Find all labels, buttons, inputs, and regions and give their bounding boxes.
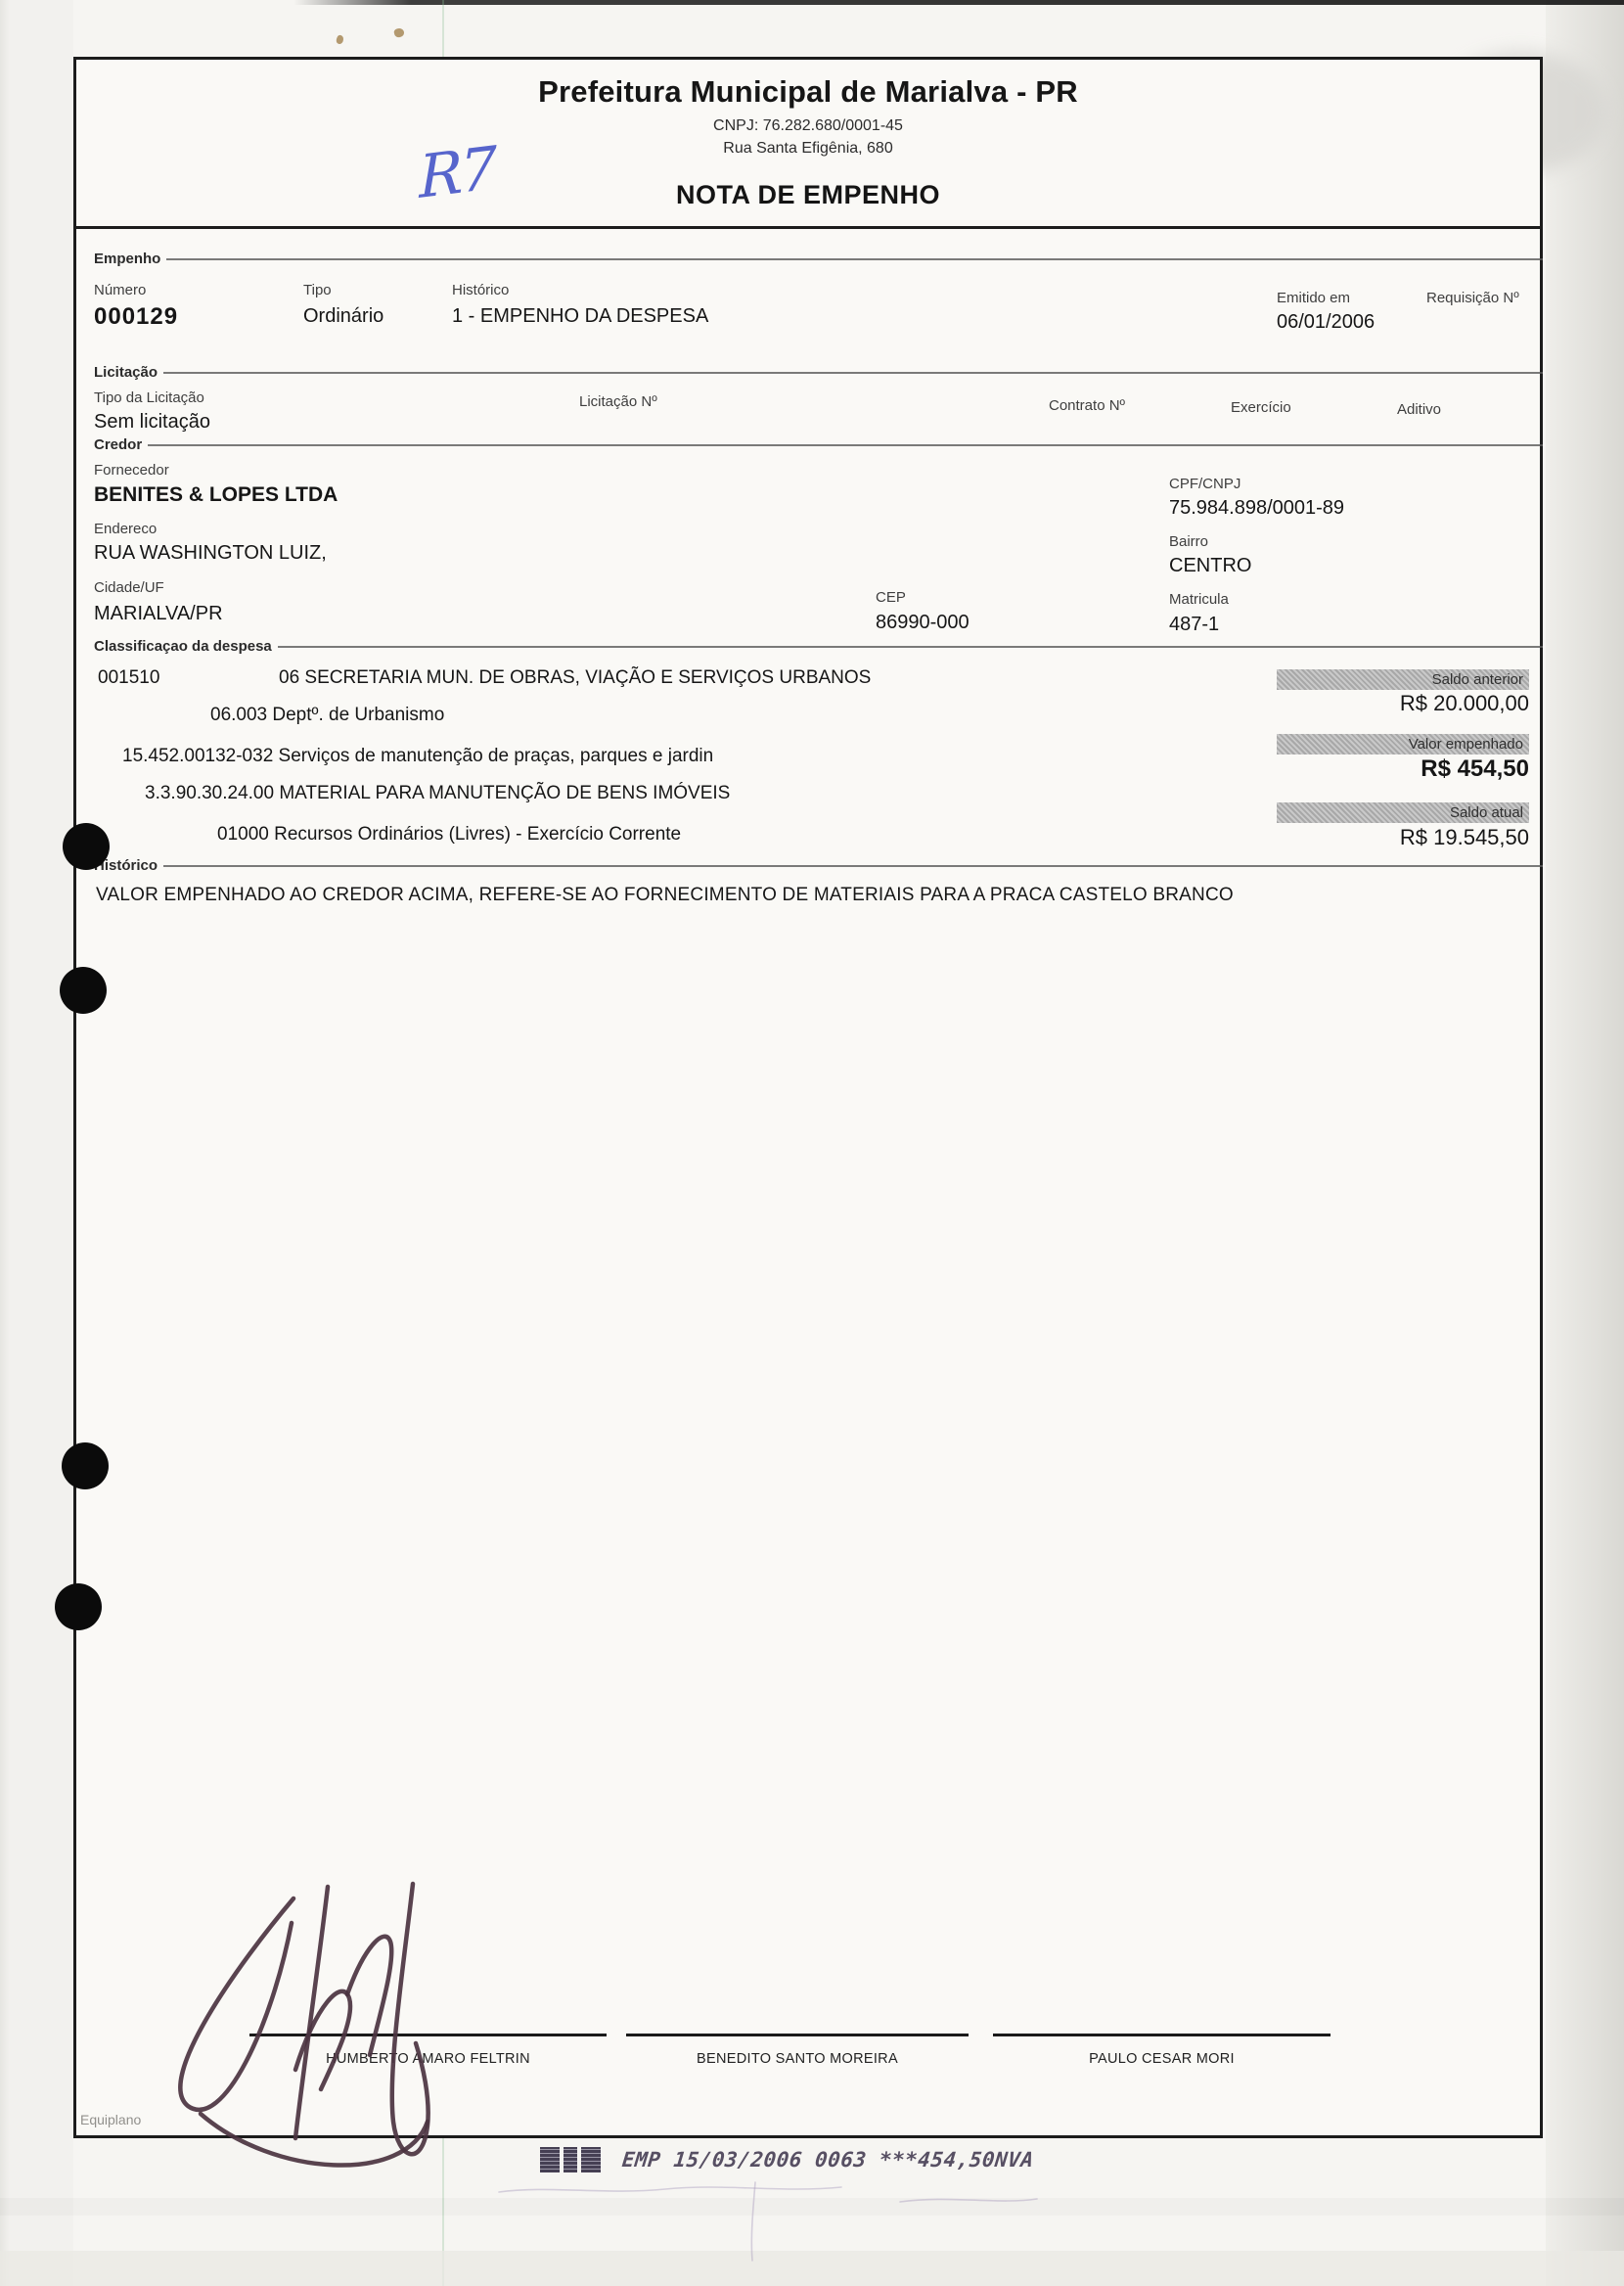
numero-label: Número [94,282,146,298]
section-classificacao: Classificaçao da despesa [94,638,1543,655]
section-empenho-label: Empenho [94,251,160,267]
numero-value: 000129 [94,303,178,331]
matricula-label: Matricula [1169,591,1229,608]
cpf-cnpj-value: 75.984.898/0001-89 [1169,497,1344,520]
cep-label: CEP [876,589,906,606]
scan-edge-line [293,0,1624,5]
section-rule [166,258,1543,260]
paper-stain [393,27,405,38]
cpf-cnpj-label: CPF/CNPJ [1169,476,1241,492]
stamp-logo-icon [540,2147,601,2172]
cidade-value: MARIALVA/PR [94,603,223,625]
signatory-name: PAULO CESAR MORI [993,2051,1331,2067]
signature-line [626,2034,969,2036]
section-historico: Histórico [94,857,1543,874]
valor-empenhado-bar: Valor empenhado [1277,734,1529,754]
tipo-label: Tipo [303,282,332,298]
tipo-licitacao-label: Tipo da Licitação [94,389,204,406]
aditivo-label: Aditivo [1397,401,1441,418]
fornecedor-value: BENITES & LOPES LTDA [94,483,338,507]
section-credor-label: Credor [94,436,142,453]
bairro-label: Bairro [1169,533,1208,550]
cidade-label: Cidade/UF [94,579,164,596]
processing-stamp: EMP 15/03/2006 0063 ***454,50NVA [540,2147,1034,2172]
section-licitacao: Licitação [94,364,1543,381]
saldo-atual-value: R$ 19.545,50 [1400,825,1529,850]
hole-punch [62,1442,109,1489]
tipo-licitacao-value: Sem licitação [94,411,210,434]
signatory-name: BENEDITO SANTO MOREIRA [626,2051,969,2067]
hole-punch [60,967,107,1014]
handwritten-note: R7 [419,134,495,212]
org-cnpj: CNPJ: 76.282.680/0001-45 [73,117,1543,135]
saldo-anterior-value: R$ 20.000,00 [1400,691,1529,716]
contrato-label: Contrato Nº [1049,397,1125,414]
exercicio-label: Exercício [1231,399,1291,416]
classificacao-unidade-row: 06.003 Deptº. de Urbanismo [210,705,444,726]
emitido-value: 06/01/2006 [1277,311,1375,334]
classificacao-funcional-row: 15.452.00132-032 Serviços de manutenção … [122,746,713,767]
doc-title: NOTA DE EMPENHO [73,180,1543,210]
requisicao-label: Requisição Nº [1426,290,1519,306]
classificacao-elemento-row: 3.3.90.30.24.00 MATERIAL PARA MANUTENÇÃO… [145,783,730,804]
paper-left-margin [0,0,73,2286]
matricula-value: 487-1 [1169,614,1219,636]
section-licitacao-label: Licitação [94,364,158,381]
licitacao-numero-label: Licitação Nº [579,393,657,410]
stamp-text: EMP 15/03/2006 0063 ***454,50NVA [621,2148,1035,2172]
hole-punch [63,823,110,870]
endereco-label: Endereco [94,521,157,537]
fornecedor-label: Fornecedor [94,462,169,479]
section-credor: Credor [94,436,1543,453]
section-rule [163,865,1543,867]
bairro-value: CENTRO [1169,555,1251,577]
faint-scribbles [489,2177,1125,2265]
historico-texto: VALOR EMPENHADO AO CREDOR ACIMA, REFERE-… [96,885,1505,906]
hole-punch [55,1583,102,1630]
section-rule [163,372,1543,374]
org-address: Rua Santa Efigênia, 680 [73,140,1543,158]
section-rule [148,444,1543,446]
emitido-label: Emitido em [1277,290,1350,306]
org-title: Prefeitura Municipal de Marialva - PR [73,74,1543,110]
header-divider-line [73,226,1543,229]
valor-empenhado-value: R$ 454,50 [1421,755,1529,783]
historico-campo-label: Histórico [452,282,509,298]
system-watermark: Equiplano [80,2112,141,2127]
section-rule [278,646,1543,648]
tipo-value: Ordinário [303,305,383,328]
endereco-value: RUA WASHINGTON LUIZ, [94,542,327,565]
orgao-code: 001510 [98,667,279,689]
section-empenho: Empenho [94,251,1543,267]
classificacao-fonte-row: 01000 Recursos Ordinários (Livres) - Exe… [217,824,681,846]
classificacao-orgao-row: 00151006 SECRETARIA MUN. DE OBRAS, VIAÇÃ… [98,667,871,689]
historico-campo-value: 1 - EMPENHO DA DESPESA [452,305,708,328]
paper-stain [336,34,345,45]
saldo-anterior-bar: Saldo anterior [1277,669,1529,690]
cep-value: 86990-000 [876,612,970,634]
paper-right-margin [1546,0,1624,2286]
section-classificacao-label: Classificaçao da despesa [94,638,272,655]
signature-line [993,2034,1331,2036]
ink-signature [147,1879,519,2192]
saldo-atual-bar: Saldo atual [1277,802,1529,823]
scanned-nota-de-empenho: Prefeitura Municipal de Marialva - PR CN… [0,0,1624,2286]
orgao-desc: 06 SECRETARIA MUN. DE OBRAS, VIAÇÃO E SE… [279,667,871,688]
